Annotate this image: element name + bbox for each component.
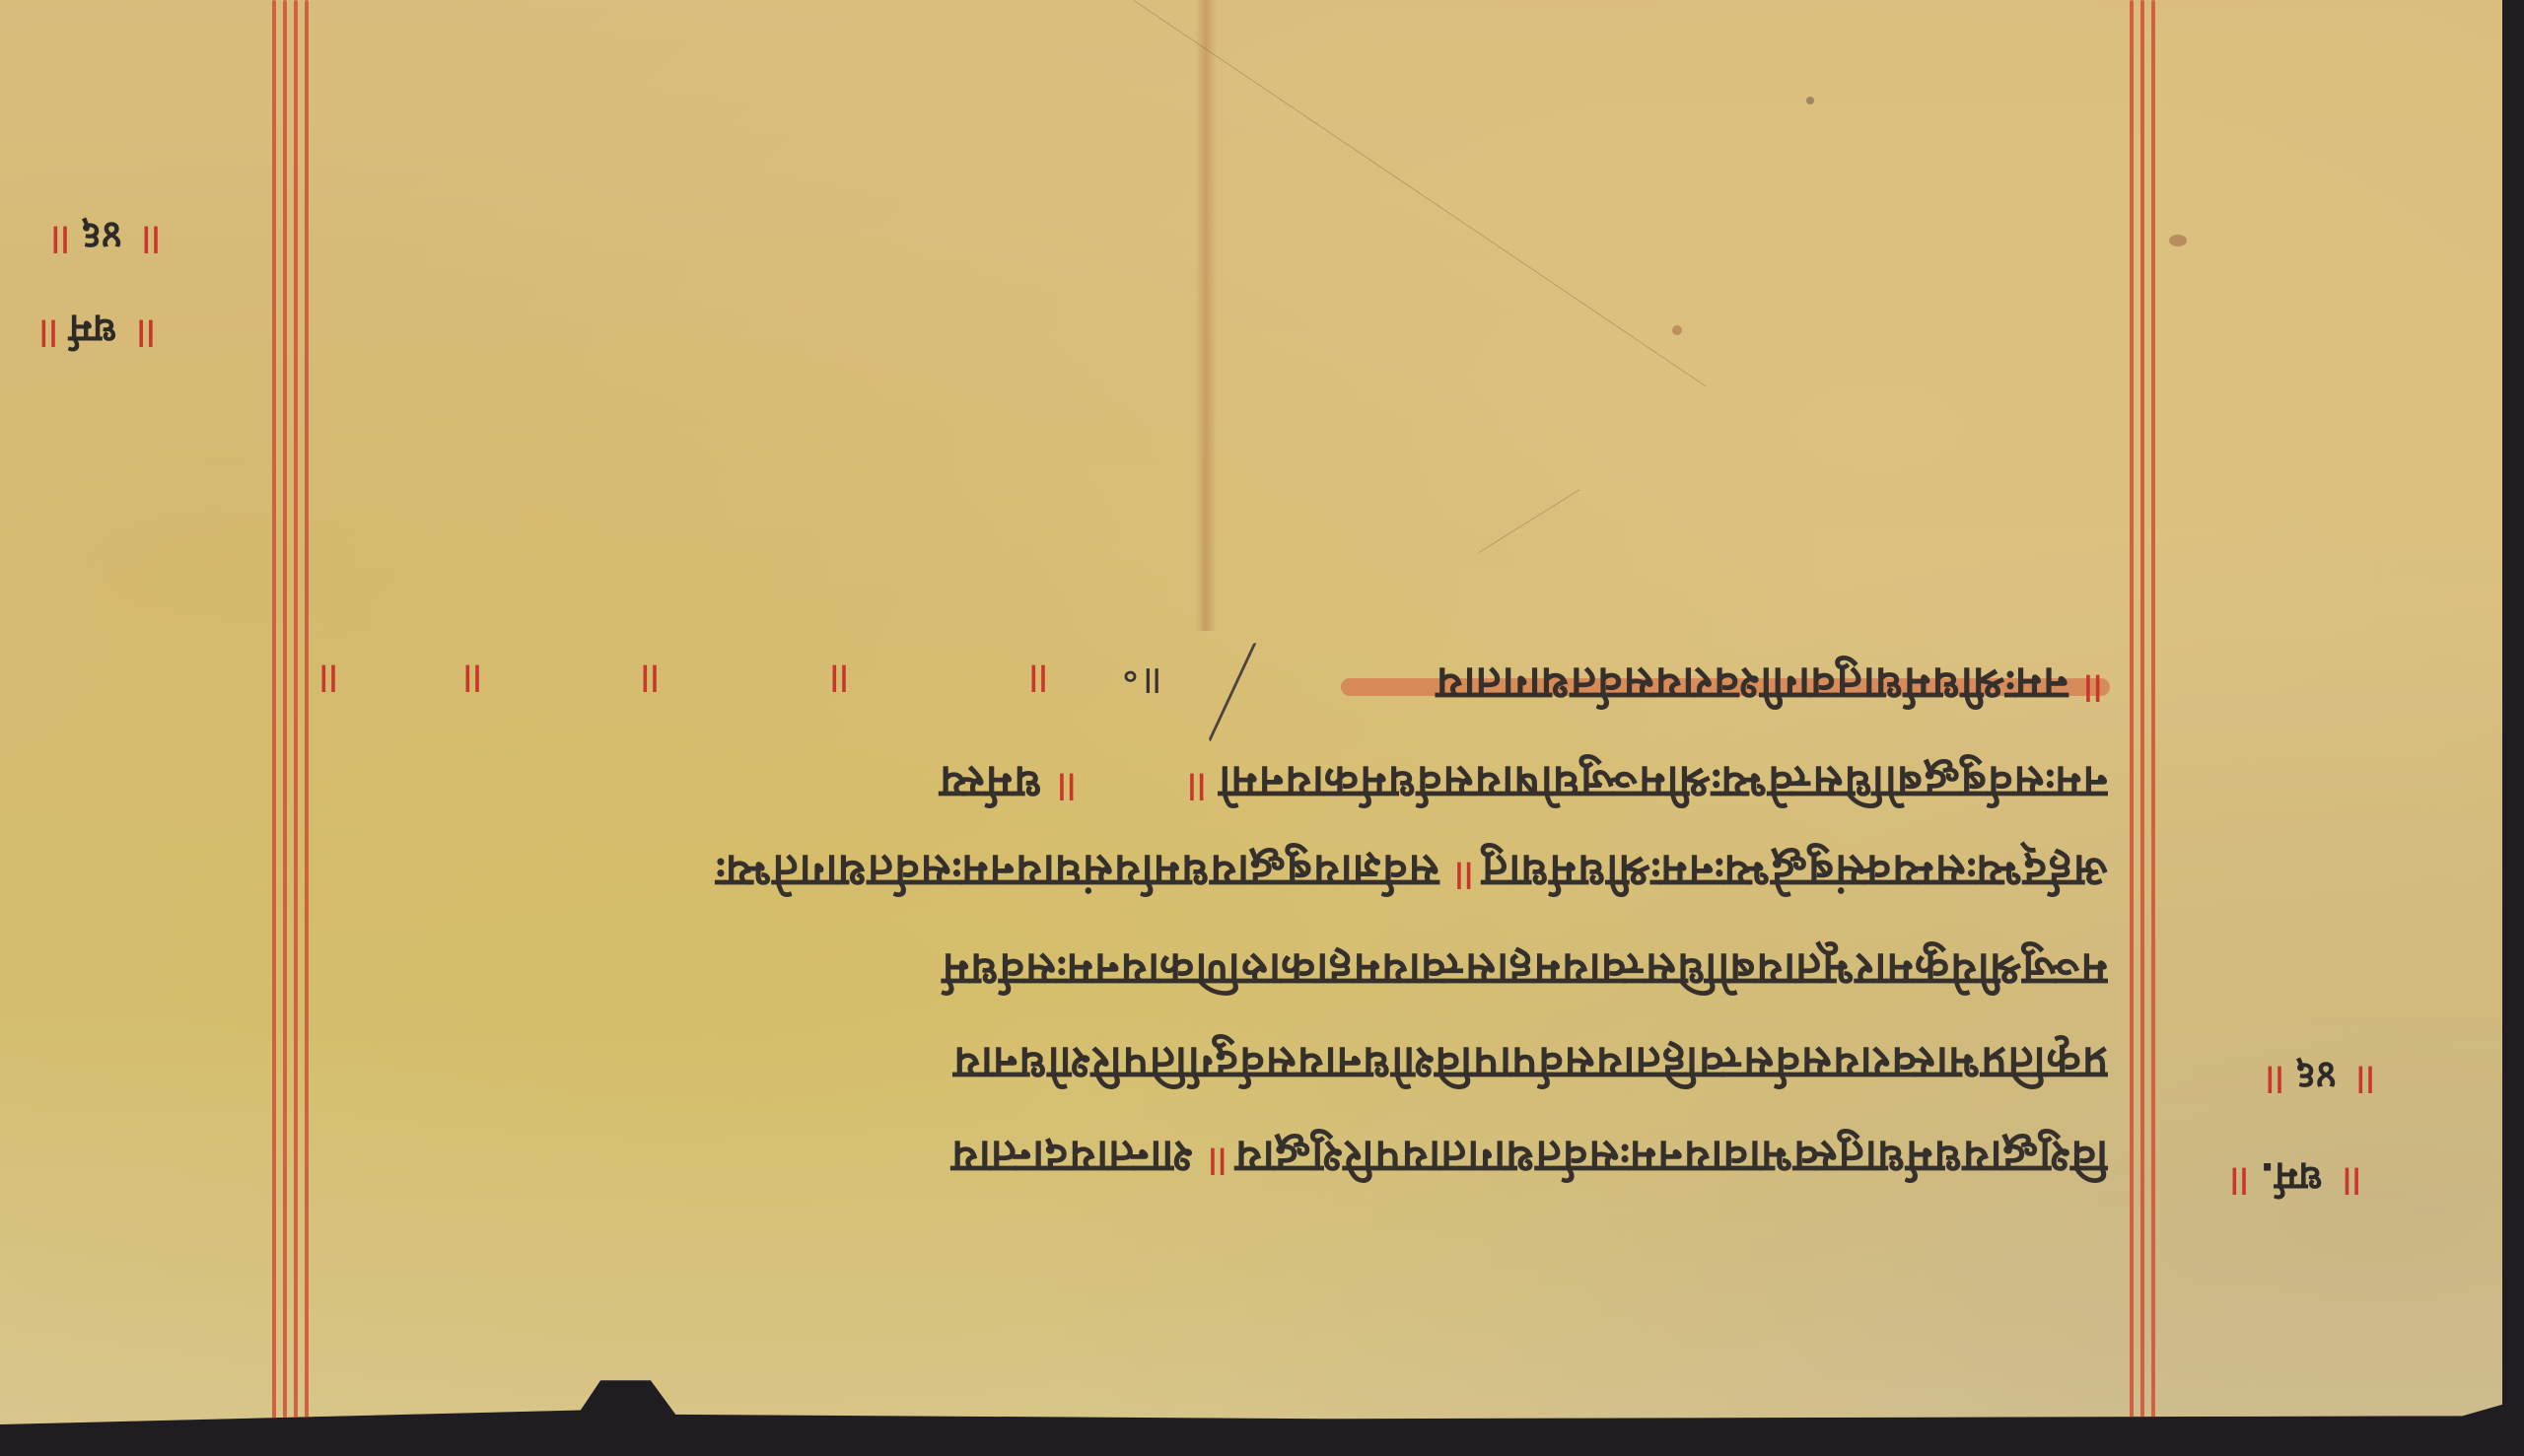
folio-number: ४६ xyxy=(2295,1050,2337,1104)
danda: ॥ xyxy=(2350,1047,2372,1106)
danda: ॥ xyxy=(314,646,335,705)
ink-spot xyxy=(2169,235,2187,246)
ink-spot xyxy=(1672,325,1682,335)
folio-label: धर्म xyxy=(69,304,117,358)
danda: ॥ xyxy=(131,301,153,360)
left-ruling-lines xyxy=(272,0,309,1420)
folio-number: ४६ xyxy=(81,210,122,264)
danda: ॥ xyxy=(34,301,55,360)
folio-label: धर्म. xyxy=(2260,1151,2323,1206)
header-text-line: ॥ नमःश्रीधर्मधातुवागीश्वरायसर्वतथागताय xyxy=(1311,651,2110,720)
text-line-3: मञ्जुश्रीयेकुमारभूतायबोधिसत्त्वायमहासत्त… xyxy=(314,936,2108,1005)
siddham-symbol: ॰॥ xyxy=(1122,651,1162,705)
danda: ॥ xyxy=(635,646,657,705)
text-line-5: विशुद्धायधर्मधातुस्वभावायनमःसर्वतथागतायप… xyxy=(314,1124,2108,1193)
right-margin-folio-number: ॥ ४६ ॥ xyxy=(2260,1047,2372,1106)
danda: ॥ xyxy=(2337,1148,2358,1208)
danda: ॥ xyxy=(2224,1148,2246,1208)
manuscript-folio: ॥ ४६ ॥ ॥ धर्म ॥ ॥ ४६ ॥ ॥ धर्म. ॥ ॥ ॥ ॥ ॥… xyxy=(0,0,2502,1424)
danda: ॥ xyxy=(824,646,846,705)
danda: ॥ xyxy=(45,207,67,266)
text-line-1: नमःसर्वबुद्धबोधिसत्त्वेभ्यःश्रीमञ्जुघोषा… xyxy=(314,749,2108,818)
left-margin-folio-number: ॥ ४६ ॥ xyxy=(45,207,158,266)
paper-crease xyxy=(1479,489,1579,552)
text-line-4: प्रकृतिप्रभास्वरायसर्वसत्त्वहितायसर्वपाप… xyxy=(314,1030,2108,1099)
text-line-2: अर्हद्भ्यःसम्यक्संबुद्धेभ्यःनमःश्रीधर्मध… xyxy=(314,838,2108,907)
danda: ॥ xyxy=(136,207,158,266)
right-margin-folio-label: ॥ धर्म. ॥ xyxy=(2224,1148,2358,1208)
danda: ॥ xyxy=(1023,646,1045,705)
left-margin-folio-label: ॥ धर्म ॥ xyxy=(34,301,153,360)
danda: ॥ xyxy=(2260,1047,2281,1106)
danda: ॥ xyxy=(457,646,479,705)
paper-crease xyxy=(1134,0,1707,386)
center-fold-stain xyxy=(1195,0,1217,631)
ink-spot xyxy=(1806,97,1814,104)
right-ruling-lines xyxy=(2130,0,2155,1420)
